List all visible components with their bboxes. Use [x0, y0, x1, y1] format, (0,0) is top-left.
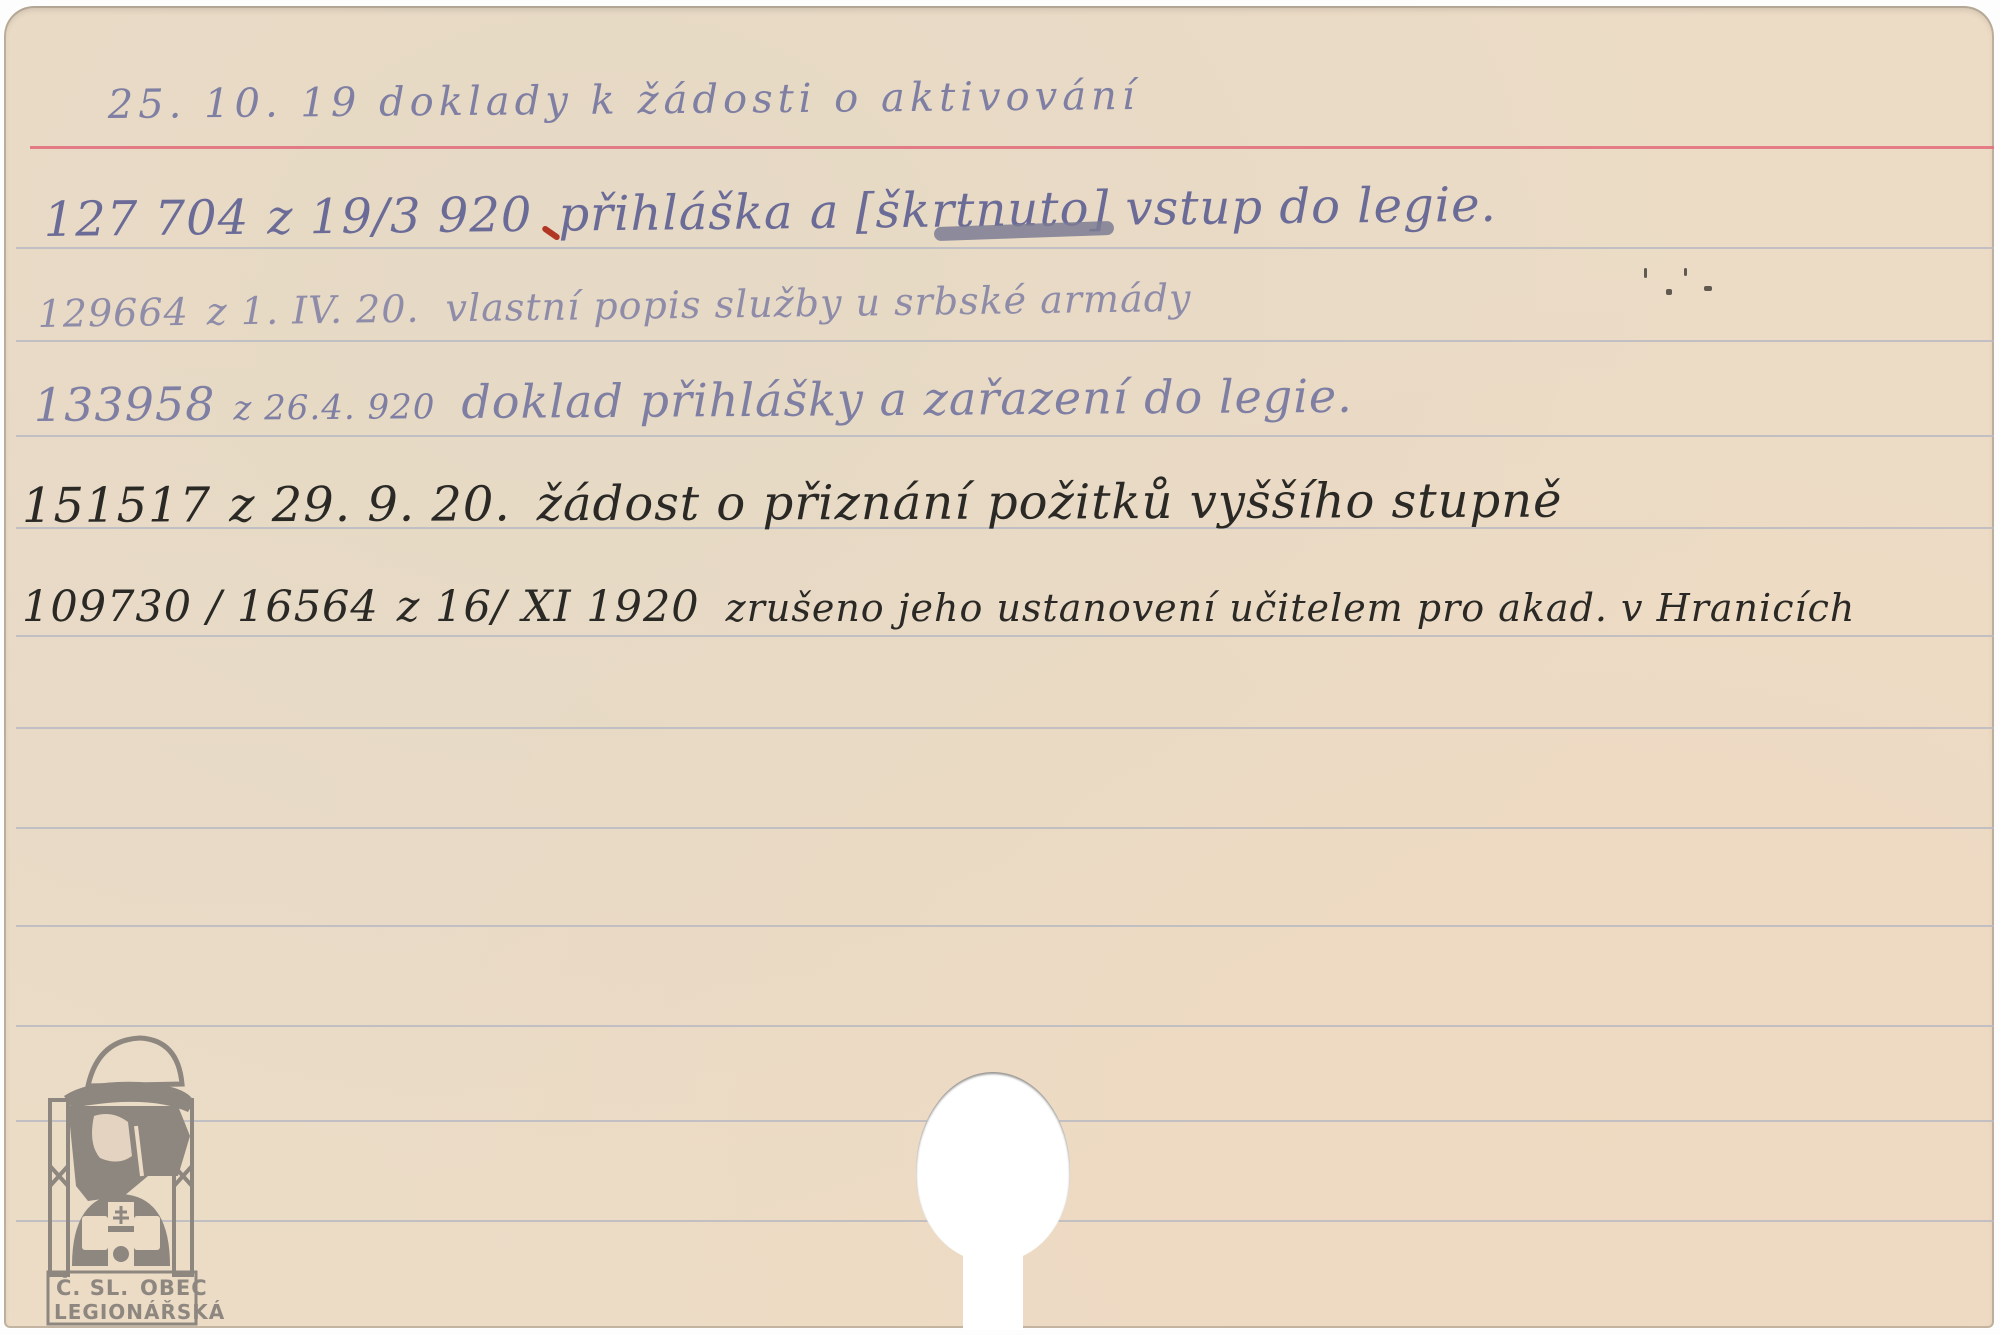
header-note: 25. 10. 19 doklady k žádosti o aktivován…: [108, 73, 1140, 128]
entry-row: 133958z 26.4. 920doklad přihlášky a zařa…: [34, 369, 1353, 432]
logo-text-line2: LEGIONÁŘSKÁ: [54, 1300, 225, 1324]
legion-logo: Č. SL. OBEC LEGIONÁŘSKÁ: [28, 1026, 214, 1328]
entry-date: z 19/3 920: [267, 187, 533, 246]
ruled-line: [16, 247, 1994, 249]
entry-description: doklad přihlášky a zařazení do legie.: [461, 369, 1353, 429]
entry-date: z 1. IV. 20.: [206, 287, 419, 334]
entry-date: z 26.4. 920: [233, 387, 435, 428]
header-text: 25. 10. 19 doklady k žádosti o aktivován…: [108, 73, 1140, 128]
paper-speck: [1644, 268, 1647, 278]
entry-row: 109730 / 16564z 16/ XI 1920zrušeno jeho …: [22, 582, 1855, 632]
ruled-line: [16, 635, 1994, 637]
entry-description: vlastní popis služby u srbské armády: [445, 276, 1192, 330]
entry-date: z 16/ XI 1920: [397, 582, 700, 632]
card-filing-slot: [963, 1240, 1023, 1330]
entry-date: z 29. 9. 20.: [229, 476, 511, 533]
entry-description: zrušeno jeho ustanovení učitelem pro aka…: [726, 586, 1856, 630]
entry-reference-number: 127 704: [43, 190, 249, 248]
entry-reference-number: 109730 / 16564: [22, 582, 379, 632]
entry-row: 151517z 29. 9. 20.žádost o přiznání poži…: [22, 473, 1563, 534]
paper-speck: [1666, 289, 1672, 295]
entry-reference-number: 133958: [34, 377, 216, 432]
paper-speck: [1704, 286, 1712, 291]
entry-description: žádost o přiznání požitků vyššího stupně: [537, 473, 1563, 533]
paper-speck: [1684, 268, 1687, 276]
ruled-line: [16, 435, 1994, 437]
entry-row: 127 704z 19/3 920přihláška a [škrtnuto] …: [43, 177, 1497, 248]
ruled-line: [16, 827, 1994, 829]
ruled-line: [16, 727, 1994, 729]
logo-text-line1-left: Č. SL.: [56, 1276, 129, 1300]
entry-reference-number: 151517: [22, 477, 211, 534]
ruled-line: [16, 1025, 1994, 1027]
scanned-card-image: 25. 10. 19 doklady k žádosti o aktivován…: [0, 0, 2000, 1335]
ruled-line: [16, 925, 1994, 927]
card-filing-notch: [916, 1072, 1070, 1262]
ruled-line: [16, 340, 1994, 342]
entry-reference-number: 129664: [37, 290, 189, 336]
entry-row: 129664z 1. IV. 20.vlastní popis služby u…: [37, 276, 1191, 336]
header-red-rule: [30, 146, 1994, 149]
logo-text-line1-right: OBEC: [140, 1276, 208, 1300]
